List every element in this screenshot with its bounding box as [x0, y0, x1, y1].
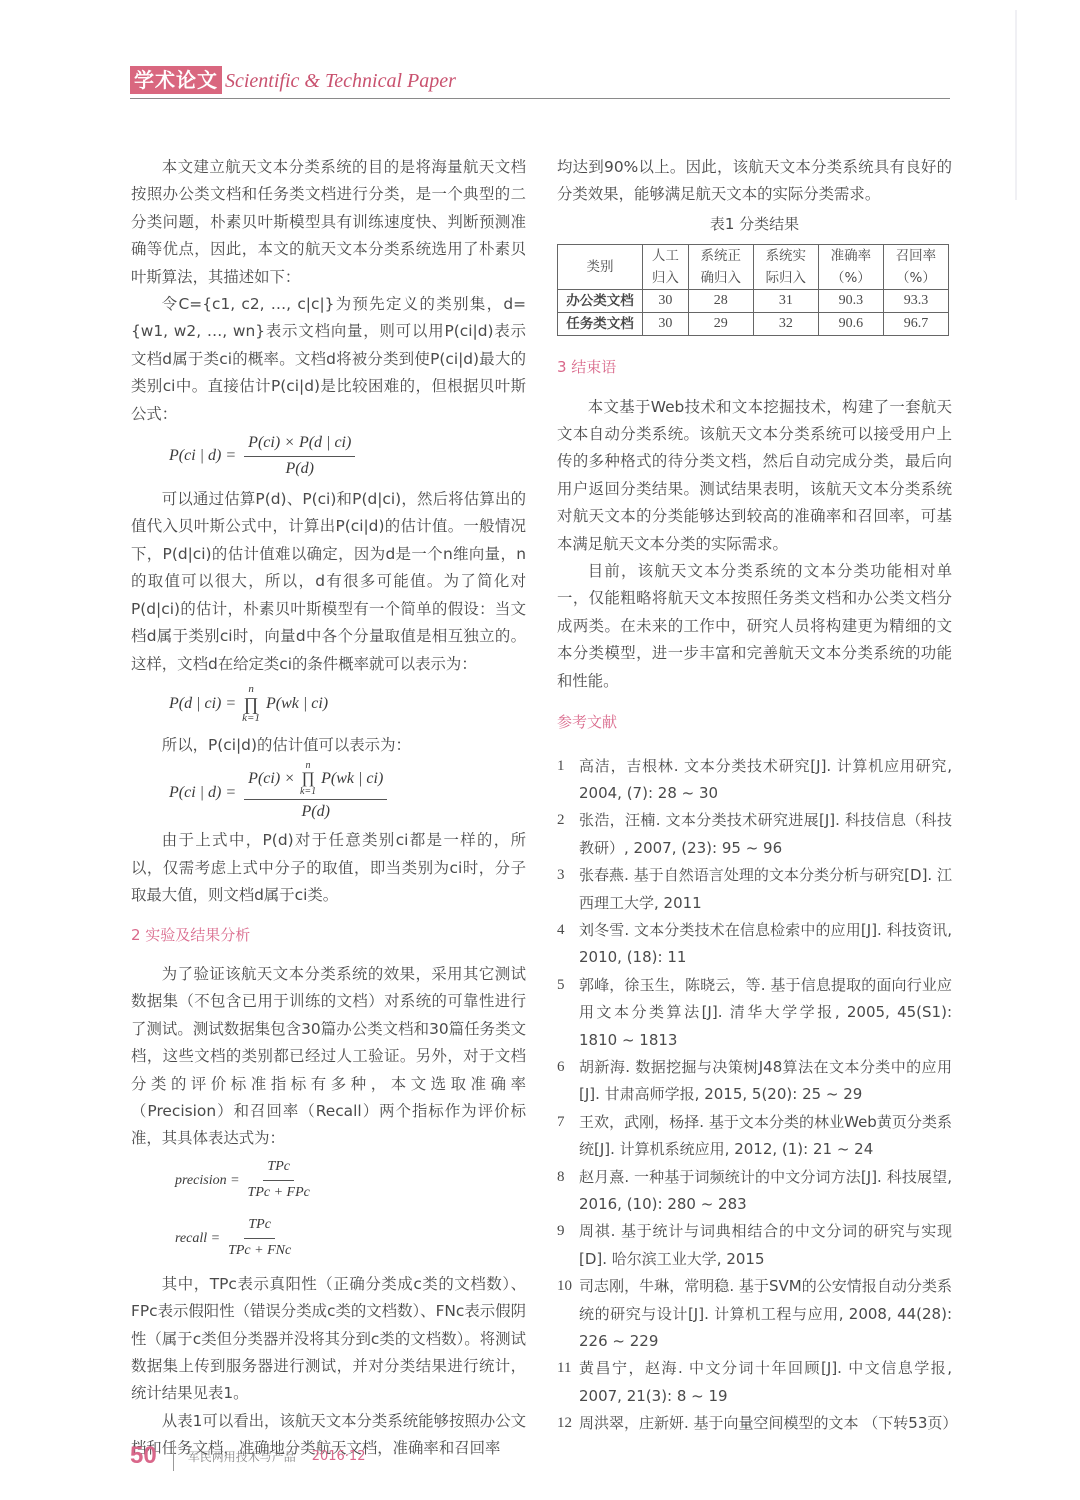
reference-item: 4刘冬雪. 文本分类技术在信息检索中的应用[J]. 科技资讯, 2010, (1… — [557, 917, 952, 972]
numerator: TPc — [263, 1156, 294, 1181]
formula-lhs: P(ci | d) = — [169, 779, 236, 806]
paragraph: 其中，TPc表示真阳性（正确分类成c类的文档数）、FPc表示假阳性（错误分类成c… — [131, 1271, 526, 1408]
section-title-en: Scientific & Technical Paper — [225, 68, 456, 94]
table-row: 任务类文档 30 29 32 90.6 96.7 — [558, 313, 949, 336]
row-label: 办公类文档 — [558, 290, 643, 313]
table-row: 办公类文档 30 28 31 90.3 93.3 — [558, 290, 949, 313]
independence-formula: P(d | ci) = n ∏ k=1 P(wk | ci) — [169, 680, 526, 728]
reference-item: 11黄昌宁，赵海. 中文分词十年回顾[J]. 中文信息学报, 2007, 21(… — [557, 1355, 952, 1410]
reference-item: 1高洁，吉根林. 文本分类技术研究[J]. 计算机应用研究, 2004, (7)… — [557, 753, 952, 808]
reference-item: 12周洪翠，庄新妍. 基于向量空间模型的文本 （下转53页） — [557, 1410, 952, 1437]
numerator: P(ci) × n ∏ k=1 P(wk | ci) — [244, 761, 387, 800]
paragraph: 令C={c1, c2, …, c|c|}为预先定义的类别集，d={w1, w2,… — [131, 291, 526, 428]
reference-item: 7王欢，武刚，杨择. 基于文本分类的林业Web黄页分类系统[J]. 计算机系统应… — [557, 1109, 952, 1164]
precision-formula: precision = TPc TPc + FPc — [175, 1155, 526, 1207]
reference-item: 8赵月熹. 一种基于词频统计的中文分词方法[J]. 科技展望, 2016, (1… — [557, 1164, 952, 1219]
product-operator: n ∏ k=1 — [242, 684, 260, 724]
issue-date: 2016·12 — [312, 1449, 366, 1464]
paragraph: 目前，该航天文本分类系统的文本分类功能相对单一，仅能粗略将航天文本按照任务类文档… — [557, 558, 952, 695]
table-cell: 96.7 — [883, 313, 948, 336]
fraction: TPc TPc + FPc — [248, 1156, 310, 1205]
reference-item: 2张浩，汪楠. 文本分类技术研究进展[J]. 科技信息（科技教研）, 2007,… — [557, 807, 952, 862]
page-footer: 50 军民两用技术与产品 2016·12 — [130, 1438, 365, 1474]
paragraph: 本文建立航天文本分类系统的目的是将海量航天文档按照办公类文档和任务类文档进行分类… — [131, 154, 526, 291]
table-header-row: 类别 人工归入 系统正确归入 系统实际归入 准确率（%） 召回率（%） — [558, 245, 949, 290]
section-heading: 3 结束语 — [557, 354, 952, 381]
references-heading: 参考文献 — [557, 709, 952, 736]
formula-lhs: P(d | ci) = — [169, 690, 236, 717]
paragraph: 本文基于Web技术和文本挖掘技术，构建了一套航天文本自动分类系统。该航天文本分类… — [557, 394, 952, 558]
denominator: TPc + FNc — [228, 1239, 291, 1263]
table-cell: 31 — [753, 290, 818, 313]
column-header: 系统实际归入 — [753, 245, 818, 290]
footer-divider — [173, 1441, 174, 1471]
numerator: P(ci) × P(d | ci) — [244, 432, 355, 457]
table-cell: 29 — [688, 313, 753, 336]
table-caption: 表1 分类结果 — [557, 211, 952, 238]
right-column: 均达到90%以上。因此，该航天文本分类系统具有良好的分类效果，能够满足航天文本的… — [557, 154, 952, 1438]
formula-lhs: P(ci | d) = — [169, 442, 236, 469]
table-cell: 28 — [688, 290, 753, 313]
paragraph: 可以通过估算P(d)、P(ci)和P(d|ci)，然后将估算出的值代入贝叶斯公式… — [131, 486, 526, 678]
column-header: 人工归入 — [643, 245, 689, 290]
reference-list: 1高洁，吉根林. 文本分类技术研究[J]. 计算机应用研究, 2004, (7)… — [557, 753, 952, 1438]
table-cell: 90.3 — [818, 290, 883, 313]
posterior-formula: P(ci | d) = P(ci) × n ∏ k=1 P(wk | ci) P… — [169, 761, 526, 823]
reference-item: 9周祺. 基于统计与词典相结合的中文分词的研究与实现[D]. 哈尔滨工业大学, … — [557, 1218, 952, 1273]
table-cell: 32 — [753, 313, 818, 336]
fraction: TPc TPc + FNc — [228, 1214, 291, 1263]
column-header: 准确率（%） — [818, 245, 883, 290]
journal-name: 军民两用技术与产品 — [188, 1448, 296, 1465]
column-header: 召回率（%） — [883, 245, 948, 290]
paragraph: 由于上式中，P(d)对于任意类别ci都是一样的，所以，仅需考虑上式中分子的取值，… — [131, 827, 526, 909]
table-cell: 93.3 — [883, 290, 948, 313]
paragraph: 所以，P(ci|d)的估计值可以表示为： — [131, 732, 526, 759]
formula-rhs: P(wk | ci) — [266, 690, 328, 717]
table-cell: 90.6 — [818, 313, 883, 336]
fraction: P(ci) × n ∏ k=1 P(wk | ci) P(d) — [244, 761, 387, 824]
product-operator: n ∏ k=1 — [300, 761, 316, 797]
formula-lhs: precision = — [175, 1167, 240, 1194]
left-column: 本文建立航天文本分类系统的目的是将海量航天文档按照办公类文档和任务类文档进行分类… — [131, 154, 526, 1463]
header-rule — [130, 98, 950, 99]
paragraph: 均达到90%以上。因此，该航天文本分类系统具有良好的分类效果，能够满足航天文本的… — [557, 154, 952, 209]
section-heading: 2 实验及结果分析 — [131, 922, 526, 949]
bayes-formula: P(ci | d) = P(ci) × P(d | ci) P(d) — [169, 430, 526, 482]
reference-item: 6胡新海. 数据挖掘与决策树J48算法在文本分类中的应用[J]. 甘肃高师学报,… — [557, 1054, 952, 1109]
paragraph: 为了验证该航天文本分类系统的效果，采用其它测试数据集（不包含已用于训练的文档）对… — [131, 961, 526, 1153]
column-header: 类别 — [558, 245, 643, 290]
denominator: TPc + FPc — [248, 1181, 310, 1205]
denominator: P(d) — [302, 800, 330, 824]
column-header: 系统正确归入 — [688, 245, 753, 290]
denominator: P(d) — [286, 457, 314, 481]
table-cell: 30 — [643, 313, 689, 336]
row-label: 任务类文档 — [558, 313, 643, 336]
reference-item: 5郭峰，徐玉生，陈晓云，等. 基于信息提取的面向行业应用文本分类算法[J]. 清… — [557, 972, 952, 1054]
reference-item: 10司志刚，牛琳，常明稳. 基于SVM的公安情报自动分类系统的研究与设计[J].… — [557, 1273, 952, 1355]
fraction: P(ci) × P(d | ci) P(d) — [244, 432, 355, 481]
page-header: 学术论文 Scientific & Technical Paper — [130, 66, 950, 100]
table-cell: 30 — [643, 290, 689, 313]
section-badge: 学术论文 — [130, 66, 222, 94]
results-table: 类别 人工归入 系统正确归入 系统实际归入 准确率（%） 召回率（%） 办公类文… — [557, 244, 949, 336]
numerator: TPc — [244, 1214, 275, 1239]
recall-formula: recall = TPc TPc + FNc — [175, 1211, 526, 1267]
reference-item: 3张春燕. 基于自然语言处理的文本分类分析与研究[D]. 江西理工大学, 201… — [557, 862, 952, 917]
scan-edge-line — [1015, 10, 1017, 200]
formula-lhs: recall = — [175, 1225, 220, 1252]
page-number: 50 — [130, 1442, 157, 1470]
